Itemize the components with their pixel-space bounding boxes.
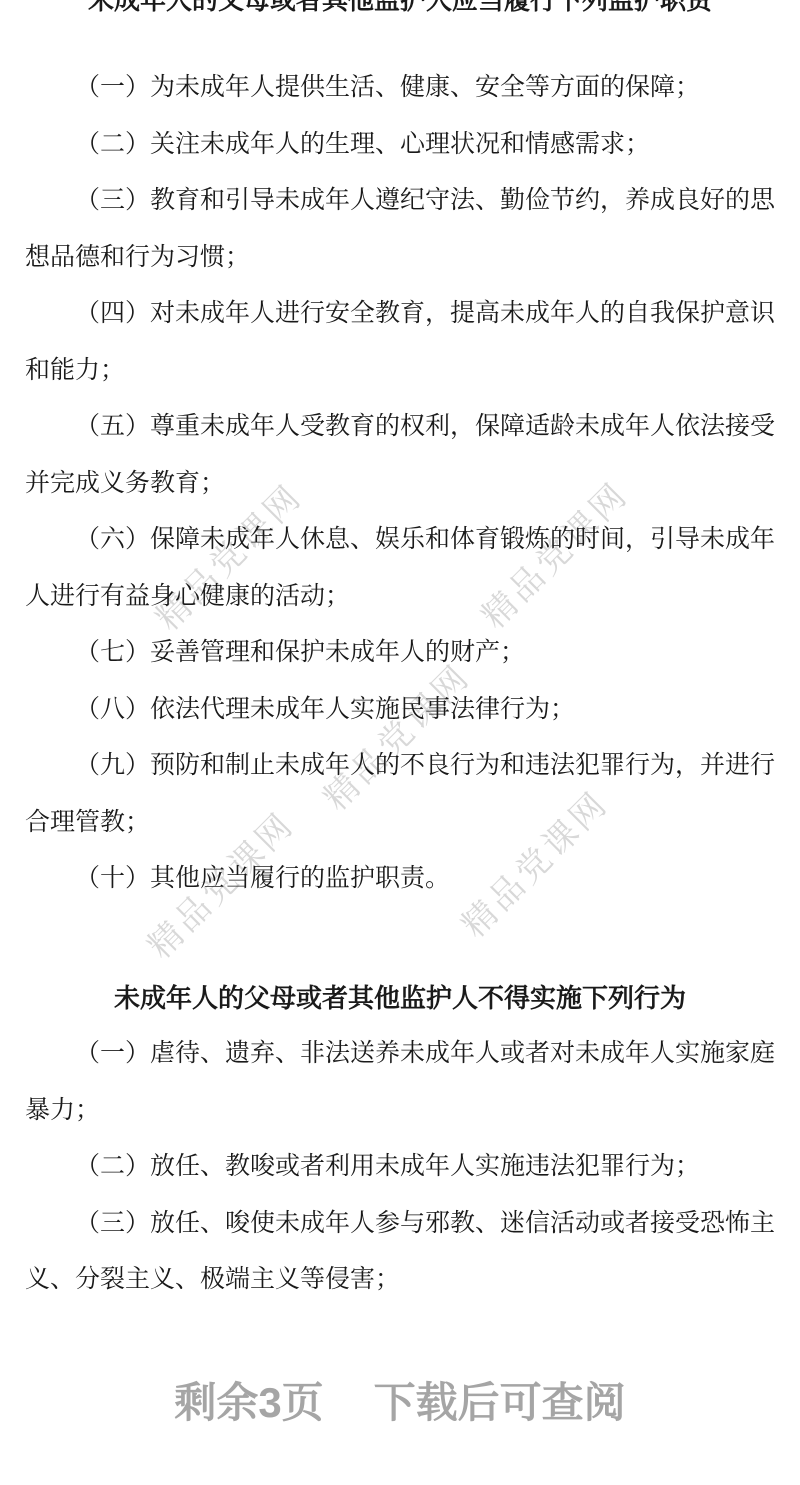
guardian-duties-section: （一）为未成年人提供生活、健康、安全等方面的保障； （二）关注未成年人的生理、心… — [25, 60, 775, 1428]
list-item: （五）尊重未成年人受教育的权利，保障适龄未成年人依法接受并完成义务教育； — [25, 399, 775, 512]
list-item: （二）关注未成年人的生理、心理状况和情感需求； — [25, 117, 775, 174]
list-item: （七）妥善管理和保护未成年人的财产； — [25, 625, 775, 682]
list-item: （三）教育和引导未成年人遵纪守法、勤俭节约，养成良好的思想品德和行为习惯； — [25, 173, 775, 286]
download-banner[interactable]: 剩余3页 下载后可查阅 — [25, 1378, 775, 1428]
list-item: （十）其他应当履行的监护职责。 — [25, 851, 775, 908]
list-item: （二）放任、教唆或者利用未成年人实施违法犯罪行为； — [25, 1139, 775, 1196]
document-body: 未成年人的父母或者其他监护人应当履行下列监护职责 （一）为未成年人提供生活、健康… — [0, 0, 800, 1428]
list-item: （八）依法代理未成年人实施民事法律行为； — [25, 682, 775, 739]
pages-remaining-label: 剩余3页 — [174, 1378, 323, 1428]
list-item: （四）对未成年人进行安全教育，提高未成年人的自我保护意识和能力； — [25, 286, 775, 399]
list-item: （三）放任、唆使未成年人参与邪教、迷信活动或者接受恐怖主义、分裂主义、极端主义等… — [25, 1196, 775, 1309]
list-item: （一）为未成年人提供生活、健康、安全等方面的保障； — [25, 60, 775, 117]
section-heading: 未成年人的父母或者其他监护人不得实施下列行为 — [25, 970, 775, 1027]
list-item: （一）虐待、遗弃、非法送养未成年人或者对未成年人实施家庭暴力； — [25, 1026, 775, 1139]
document-page: 精品党课网 精品党课网 精品党课网 精品党课网 精品党课网 未成年人的父母或者其… — [0, 0, 800, 1485]
list-item: （九）预防和制止未成年人的不良行为和违法犯罪行为，并进行合理管教； — [25, 738, 775, 851]
document-title-cropped: 未成年人的父母或者其他监护人应当履行下列监护职责 — [25, 0, 775, 13]
download-hint-label: 下载后可查阅 — [374, 1378, 626, 1428]
list-item: （六）保障未成年人休息、娱乐和体育锻炼的时间，引导未成年人进行有益身心健康的活动… — [25, 512, 775, 625]
